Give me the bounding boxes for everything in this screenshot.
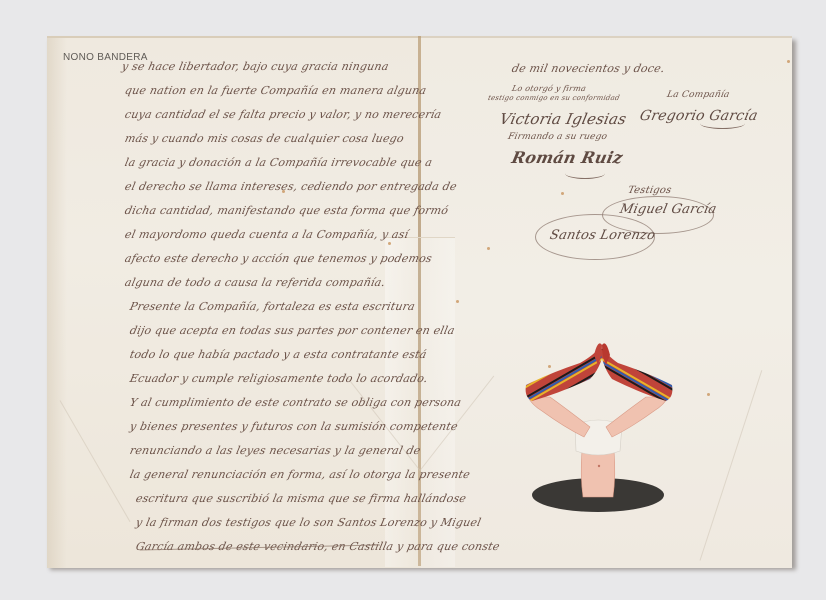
text-line: dicha cantidad, manifestando que esta fo… <box>124 204 450 217</box>
ink-stain <box>487 247 490 250</box>
text-line: el mayordomo queda cuenta a la Compañía,… <box>124 228 410 241</box>
ink-stain <box>707 393 710 396</box>
text-line: y bienes presentes y futuros con la sumi… <box>129 420 459 433</box>
signature-label: Firmando a su ruego <box>507 132 608 142</box>
signature-label: La Compañía <box>666 90 731 100</box>
ink-stain <box>787 60 790 63</box>
text-line: dijo que acepta en todas sus partes por … <box>129 324 456 337</box>
text-line: la general renunciación en forma, así lo… <box>129 468 472 481</box>
text-line: y se hace libertador, bajo cuya gracia n… <box>121 60 390 73</box>
text-line: que nation en la fuerte Compañía en mane… <box>124 84 428 97</box>
ink-stain <box>561 192 564 195</box>
signature-victoria-iglesias: Victoria Iglesias <box>498 110 628 128</box>
signature-label: Testigos <box>627 185 673 196</box>
text-line: Y al cumplimiento de este contrato se ob… <box>129 396 463 409</box>
signature-roman-ruiz: Román Ruiz <box>510 148 625 167</box>
signature-flourish <box>565 168 605 179</box>
signature-label: Lo otorgó y firma <box>511 84 587 93</box>
ink-stain <box>456 300 459 303</box>
text-line: Presente la Compañía, fortaleza es esta … <box>129 300 417 313</box>
signature-santos-lorenzo: Santos Lorenzo <box>548 228 656 243</box>
text-line: el derecho se llama intereses, cediendo … <box>124 180 458 193</box>
text-line: cuya cantidad el se falta precio y valor… <box>124 108 443 121</box>
text-line: escritura que suscribió la misma que se … <box>135 492 468 505</box>
ink-stain <box>282 190 285 193</box>
signature-sublabel: testigo conmigo en su conformidad <box>487 94 620 102</box>
text-line: renunciando a las leyes necesarias y la … <box>129 444 422 457</box>
watercolor-illustration <box>520 335 690 525</box>
signature-miguel-garcia: Miguel García <box>618 202 717 217</box>
text-line: más y cuando mis cosas de cualquier cosa… <box>124 132 406 145</box>
text-line: todo lo que había pactado y a esta contr… <box>129 348 428 361</box>
ink-stain <box>388 242 391 245</box>
signature-flourish <box>700 118 745 129</box>
text-line: alguna de todo a causa la referida compa… <box>124 276 387 289</box>
text-line: la gracia y donación a la Compañía irrev… <box>124 156 434 169</box>
date-line: de mil novecientos y doce. <box>511 62 666 75</box>
text-line: Ecuador y cumple religiosamente todo lo … <box>129 372 429 385</box>
text-line: afecto este derecho y acción que tenemos… <box>124 252 434 265</box>
text-line: y la firman dos testigos que lo son Sant… <box>135 516 483 529</box>
figure-in-hole-illustration <box>520 335 690 525</box>
manuscript-spread: NONO BANDERA y se hace libertador, bajo … <box>0 0 826 600</box>
